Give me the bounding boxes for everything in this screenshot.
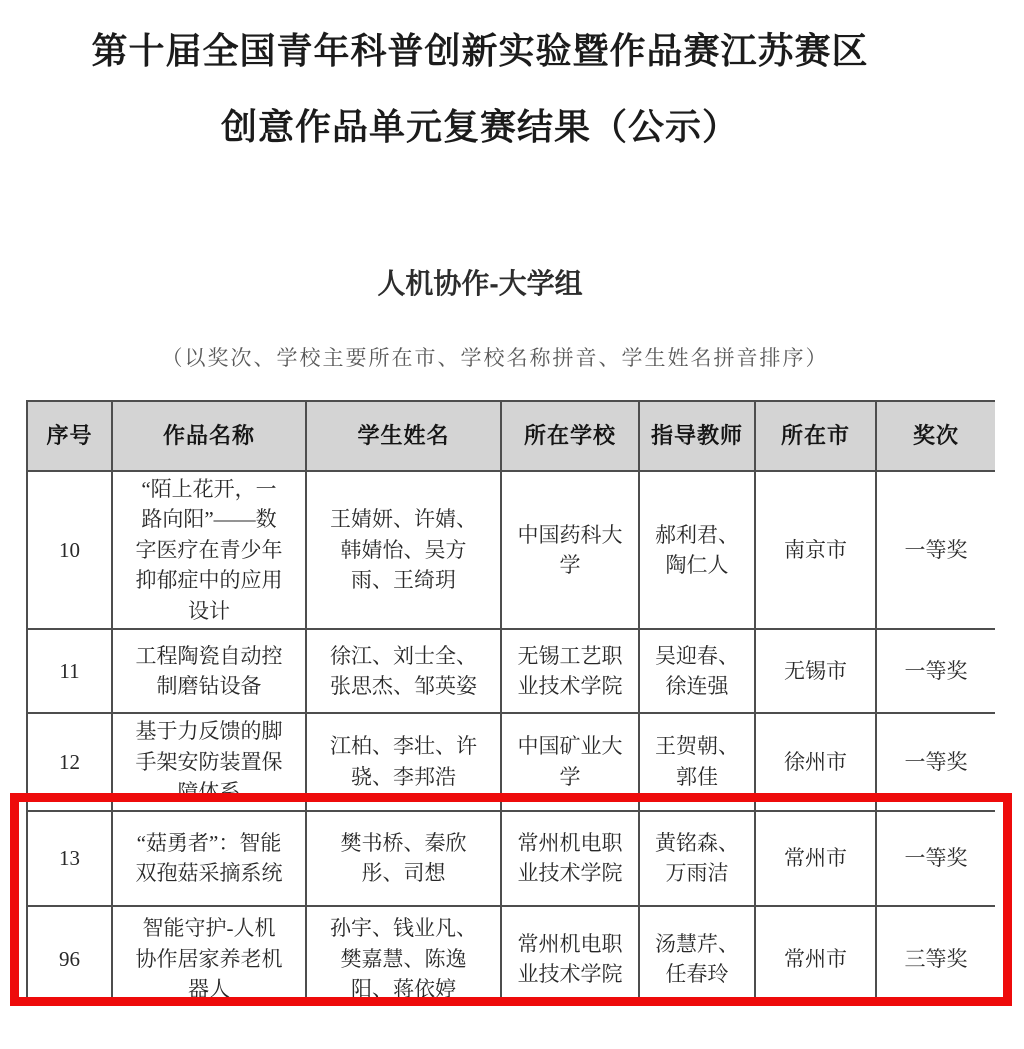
sort-note: （以奖次、学校主要所在市、学校名称拼音、学生姓名拼音排序） [0, 342, 990, 372]
table-cell: 工程陶瓷自动控制磨钻设备 [112, 629, 306, 713]
table-row: 11工程陶瓷自动控制磨钻设备徐江、刘士全、张思杰、邹英姿无锡工艺职业技术学院吴迎… [27, 629, 995, 713]
table-cell: 常州机电职业技术学院 [501, 811, 639, 906]
table-cell: “菇勇者”：智能双孢菇采摘系统 [112, 811, 306, 906]
table-cell: 王贺朝、郭佳 [639, 713, 755, 810]
document-title-line2: 创意作品单元复赛结果（公示） [0, 108, 960, 148]
table-body: 10“陌上花开，一路向阳”——数字医疗在青少年抑郁症中的应用设计王婧妍、许婧、韩… [27, 471, 995, 1005]
table-cell: 无锡市 [755, 629, 876, 713]
table-cell: 一等奖 [876, 629, 995, 713]
column-header: 所在学校 [501, 401, 639, 471]
table-row-highlighted: 96智能守护-人机协作居家养老机器人孙宇、钱业凡、樊嘉慧、陈逸阳、蒋依婷常州机电… [27, 906, 995, 1006]
table-cell: 一等奖 [876, 713, 995, 810]
column-header: 学生姓名 [306, 401, 501, 471]
table-cell: 无锡工艺职业技术学院 [501, 629, 639, 713]
table-cell: 郝利君、陶仁人 [639, 471, 755, 629]
table-cell: 常州市 [755, 906, 876, 1006]
table-cell: 汤慧芹、任春玲 [639, 906, 755, 1006]
table-cell: 徐州市 [755, 713, 876, 810]
table-cell: 10 [27, 471, 112, 629]
table-cell: 樊书桥、秦欣彤、司想 [306, 811, 501, 906]
results-table: 序号作品名称学生姓名所在学校指导教师所在市奖次 10“陌上花开，一路向阳”——数… [26, 400, 995, 1005]
table-cell: 一等奖 [876, 811, 995, 906]
table-cell: 江柏、李壮、许骁、李邦浩 [306, 713, 501, 810]
table-cell: 吴迎春、徐连强 [639, 629, 755, 713]
results-table-container: 序号作品名称学生姓名所在学校指导教师所在市奖次 10“陌上花开，一路向阳”——数… [26, 400, 995, 1005]
table-cell: 常州市 [755, 811, 876, 906]
table-cell: 11 [27, 629, 112, 713]
document-page: 第十届全国青年科普创新实验暨作品赛江苏赛区 创意作品单元复赛结果（公示） 人机协… [0, 0, 1024, 1049]
table-cell: 南京市 [755, 471, 876, 629]
table-cell: 三等奖 [876, 906, 995, 1006]
table-cell: “陌上花开，一路向阳”——数字医疗在青少年抑郁症中的应用设计 [112, 471, 306, 629]
table-cell: 徐江、刘士全、张思杰、邹英姿 [306, 629, 501, 713]
table-cell: 孙宇、钱业凡、樊嘉慧、陈逸阳、蒋依婷 [306, 906, 501, 1006]
table-cell: 常州机电职业技术学院 [501, 906, 639, 1006]
table-row: 10“陌上花开，一路向阳”——数字医疗在青少年抑郁症中的应用设计王婧妍、许婧、韩… [27, 471, 995, 629]
table-cell: 12 [27, 713, 112, 810]
column-header: 所在市 [755, 401, 876, 471]
table-cell: 基于力反馈的脚手架安防装置保障体系 [112, 713, 306, 810]
table-cell: 中国矿业大学 [501, 713, 639, 810]
column-header: 作品名称 [112, 401, 306, 471]
section-title: 人机协作-大学组 [0, 262, 960, 302]
table-cell: 王婧妍、许婧、韩婧怡、吴方雨、王绮玥 [306, 471, 501, 629]
table-cell: 13 [27, 811, 112, 906]
table-cell: 96 [27, 906, 112, 1006]
column-header: 序号 [27, 401, 112, 471]
column-header: 奖次 [876, 401, 995, 471]
table-cell: 智能守护-人机协作居家养老机器人 [112, 906, 306, 1006]
table-cell: 黄铭森、万雨洁 [639, 811, 755, 906]
document-title-line1: 第十届全国青年科普创新实验暨作品赛江苏赛区 [0, 32, 960, 72]
table-cell: 一等奖 [876, 471, 995, 629]
table-header-row: 序号作品名称学生姓名所在学校指导教师所在市奖次 [27, 401, 995, 471]
table-cell: 中国药科大学 [501, 471, 639, 629]
table-row-highlighted: 13“菇勇者”：智能双孢菇采摘系统樊书桥、秦欣彤、司想常州机电职业技术学院黄铭森… [27, 811, 995, 906]
column-header: 指导教师 [639, 401, 755, 471]
table-row: 12基于力反馈的脚手架安防装置保障体系江柏、李壮、许骁、李邦浩中国矿业大学王贺朝… [27, 713, 995, 810]
